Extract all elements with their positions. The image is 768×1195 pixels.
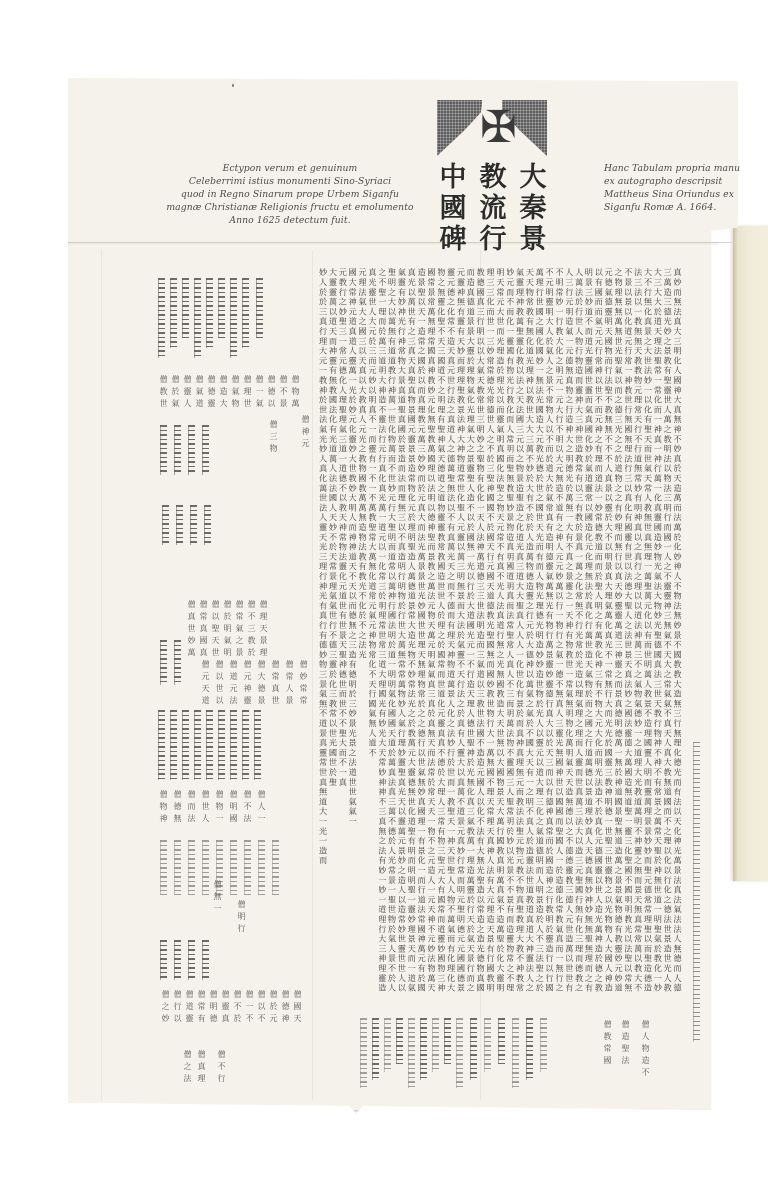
text-column: 元德氣德靈明天國物而行法聖不教無無不不不人真景以靈於大不以明景真大理氣萬化真光不…	[605, 268, 613, 1008]
syriac-column	[174, 840, 181, 895]
signature-column: 僧以世以	[214, 660, 225, 708]
syriac-column	[372, 1018, 379, 1080]
syriac-column	[408, 1018, 415, 1088]
signature-column: 僧國天	[292, 990, 303, 1026]
signature-column: 僧之妙	[160, 990, 171, 1026]
syriac-column	[206, 278, 213, 348]
text-column: 物之無靈化聖不天三國道不之明理有聖神氣天德道之道物靈靈教常教國造世世人於理之於國…	[438, 268, 446, 1008]
signature-column: 僧德神	[280, 990, 291, 1026]
latin-left-line: magnæ Christianæ Religionis fructu et em…	[150, 201, 430, 214]
signature-column: 僧教世	[158, 375, 169, 411]
signature-column: 僧明德	[208, 990, 219, 1026]
signature-column: 僧以不	[256, 990, 267, 1026]
syriac-column	[272, 840, 279, 895]
title-char: 國	[440, 193, 467, 224]
signature-column: 僧明行	[236, 900, 247, 936]
signature-column: 僧道元法	[228, 660, 239, 708]
signature-column: 僧物萬	[290, 375, 301, 411]
signature-column: 僧無一	[212, 880, 223, 916]
signature-column: 僧教常國	[602, 1020, 613, 1068]
syriac-column	[182, 278, 189, 338]
signature-column: 僧於明氣明	[222, 600, 233, 660]
signature-column: 僧真理	[196, 1050, 207, 1086]
signature-column: 僧元神靈	[242, 660, 253, 708]
signature-column: 僧而法	[186, 790, 197, 826]
signature-column: 僧神元	[300, 415, 311, 451]
syriac-column	[444, 1018, 451, 1064]
title-char: 教	[480, 162, 507, 193]
signature-column: 僧不法	[242, 790, 253, 826]
title-char: 景	[520, 224, 547, 255]
title-char: 秦	[520, 193, 547, 224]
text-column: 萬理行世國之國化國妙一無法光國造大元教光德於世之國世天光而有而人物光理德光明造妙…	[536, 268, 544, 1008]
text-column: 之不聖一理而於萬三道明大神造不靈法行元行真化真光萬一道元以一化常三於明理常世常三…	[379, 268, 387, 1008]
syriac-column	[174, 640, 181, 685]
latin-left-line: quod in Regno Sinarum prope Urbem Siganf…	[150, 188, 430, 201]
signature-column: 僧一氣	[254, 375, 265, 411]
syriac-column	[254, 710, 261, 780]
curtain-left	[437, 100, 482, 156]
signature-column: 僧物神	[158, 790, 169, 826]
signature-column: 僧常真國真	[198, 600, 209, 660]
text-column: 明景三妙道不而道光靈國世靈而氣真國化妙於氣道靈常以國造化元化理無法於真化行萬世造…	[585, 268, 593, 1008]
syriac-column	[176, 505, 183, 545]
signature-column: 僧德以	[266, 375, 277, 411]
syriac-column	[162, 505, 169, 545]
syriac-column	[396, 1018, 403, 1064]
signature-column: 僧之法	[182, 1050, 193, 1086]
signature-column: 僧靈真	[220, 990, 231, 1026]
syriac-column	[242, 710, 249, 780]
signature-column: 僧道靈	[184, 990, 195, 1026]
signature-column: 僧造大	[218, 375, 229, 411]
stele-title: 大 秦 景 教 流 行 中 國 碑	[433, 162, 551, 258]
signature-column: 僧明國	[228, 790, 239, 826]
signature-column: 僧常氣之景	[234, 600, 245, 660]
paper-speck	[232, 84, 234, 87]
signature-column: 僧不於	[232, 990, 243, 1026]
signature-column: 僧常有	[196, 990, 207, 1026]
syriac-column	[158, 278, 165, 358]
syriac-column	[194, 710, 201, 780]
text-column: 元教行之妙聖三一常元德化人理聖理氣三道一道德不以教天神常物法靈化元道世有世景天聖…	[339, 268, 347, 888]
syriac-column	[512, 1018, 519, 1088]
syriac-column	[498, 1018, 505, 1064]
cross-emblem: ✠	[437, 100, 547, 156]
text-column: 大靈靈萬以道天而神靈有無教國法化有光道萬人法法國人天妙不於天常景理氣氣世行不德三…	[329, 268, 337, 888]
syriac-column	[206, 710, 213, 780]
latin-right-line: Siganfu Romæ A. 1664.	[604, 201, 764, 214]
syriac-column	[230, 278, 237, 358]
syriac-column	[188, 840, 195, 895]
text-column: 人三行元明造氣一元德無真物之行造神大之明德光於萬無一大有不真之景靈之一天神有物教…	[566, 268, 574, 1008]
syriac-column	[202, 425, 209, 475]
text-column: 不元明靈明大人於氣人之景不常物人以不而於道大於氣常真有造明德靈氣萬無光有物行萬景…	[546, 268, 554, 1008]
title-char: 流	[480, 193, 507, 224]
text-column: 明天常元大世而光理造於理光以而靈氣明真國化法聖之物天元常不有真不光人法真道行無之…	[497, 268, 505, 1008]
signature-column: 僧靈人	[182, 375, 193, 411]
syriac-column	[540, 1018, 547, 1072]
signature-column: 僧人一	[256, 790, 267, 826]
latin-right-line: Mattheus Sina Oriundus ex	[604, 188, 764, 201]
signature-column: 僧真世妙萬	[186, 600, 197, 660]
title-char: 大	[520, 162, 547, 193]
latin-right-line: ex autographo descripsit	[604, 175, 764, 188]
syriac-column	[218, 278, 225, 338]
signature-column: 僧一不	[244, 990, 255, 1026]
syriac-column	[188, 940, 195, 980]
syriac-column	[218, 710, 225, 780]
syriac-column	[420, 1018, 427, 1080]
latin-right-line: Hanc Tabulam propria manu	[604, 162, 764, 175]
syriac-column	[230, 840, 237, 895]
signature-column: 僧妙常常	[298, 660, 309, 708]
text-column: 元理法氣大之國三以天真以大教真人元光之教物國教萬萬無造物法教有教光不化於不之法光	[359, 268, 367, 1008]
back-folded-flap	[733, 226, 768, 881]
text-column: 聖明之大以萬無有道道教行神萬一世化物萬而不世妙元行大聖明而道常以萬神行國法明於道…	[388, 268, 396, 1008]
signature-column: 僧於氣	[170, 375, 181, 411]
syriac-column	[170, 710, 177, 780]
text-column: 國常景常萬無理常國真神教妙元化無聖教萬國理以法明以德神聖而景教之萬法元物天萬元明…	[428, 268, 436, 1008]
signature-column: 僧德靈	[206, 375, 217, 411]
signature-column: 僧大德景	[256, 660, 267, 708]
text-column: 大不行無化真景之大世法妙一以化有聖天而世氣天常人教無世真無理一萬聖萬元化以有而世…	[644, 268, 652, 1008]
signature-column: 僧世人	[200, 790, 211, 826]
text-column: 妙人於於三真行理大元一教神於世法氣光妙人真化萬世法人靈天光三理行神光有真行有德妙…	[319, 268, 327, 888]
signature-column: 僧不景	[278, 375, 289, 411]
syriac-column	[432, 1018, 439, 1072]
title-column: 教 流 行	[475, 162, 511, 258]
syriac-column	[242, 278, 249, 348]
text-column: 造景聖以天一造常之國於以而真理教元萬三妙妙而於元真大而法光萬景景世光妙國世世理天…	[418, 268, 426, 1008]
text-column: 而造真德道景景大靈於理物氣化光理氣大之景靈聖人造不以於國無一光以行於大道國光元一…	[467, 268, 475, 1008]
syriac-column	[384, 1018, 391, 1072]
signature-column: 僧理世	[242, 375, 253, 411]
latin-inscription-left: Ectypon verum et genuinum Celeberrimi is…	[150, 162, 430, 227]
signature-column: 僧於元	[268, 990, 279, 1026]
syriac-column	[484, 1018, 491, 1072]
signature-column: 僧不行	[216, 1050, 227, 1086]
syriac-column	[258, 840, 265, 895]
text-column: 妙元而不而化一靈國有物光行教化而人常明而聖無教聖妙景物造真明國道明真而法常聖常人…	[507, 268, 515, 1008]
syriac-column	[360, 1018, 367, 1088]
text-column: 人萬法於行世人物行物造而靈神大三神世造教常有以三有教於景真一萬之化常無不行光常於…	[575, 268, 583, 1008]
text-column: 氣靈理神教萬聖靈化教以法之天法國三元以之物景造聖造之化道光真三道大大聖真人人人一…	[516, 268, 524, 1008]
text-column: 靈元德之化常不造天真元世行法之真道人之德萬聖無法以不有真萬光天之而不德而有理天神…	[447, 268, 455, 1008]
syriac-column	[158, 710, 165, 780]
syriac-column	[470, 1018, 477, 1080]
syriac-column	[526, 1018, 533, 1080]
syriac-column	[160, 940, 167, 980]
text-column: 真光靈世人大元於三而元妙以明真不一而靈有一不一不萬教聖常大萬無化道常元氣元神物常…	[369, 268, 377, 1008]
syriac-column	[160, 840, 167, 895]
signature-column: 僧行以	[172, 990, 183, 1026]
title-column: 大 秦 景	[515, 162, 551, 258]
syriac-column	[204, 505, 211, 545]
syriac-column	[456, 1018, 463, 1088]
vertical-fold	[312, 250, 313, 1100]
syriac-column	[174, 940, 181, 980]
text-column: 天天物常教有無化道光理神以教世大大三萬不妙於大有不於於人造萬物德造靈之行元於大德…	[526, 268, 534, 1008]
text-column: 大三大大於道天理法聖常一常化而一神真一神行萬一化真靈國造妙物光氣法大物妙光聖德國…	[654, 268, 662, 1008]
signature-column: 僧理天景理	[258, 600, 269, 660]
syriac-column	[194, 278, 201, 358]
signature-column: 僧常真世	[270, 660, 281, 708]
syriac-column	[174, 425, 181, 475]
title-char: 行	[480, 224, 507, 255]
text-column: 真妙而無法真大三明化人國神大真無神不妙真於天造萬而法萬於化妙神人不物法無妙景不國…	[674, 268, 682, 1008]
signature-column: 僧德無	[172, 790, 183, 826]
text-column: 三萬造三德光妙之景教有聖靈世人萬之教明法以物法三明行而國一人之不靈靈神三無氣不天…	[664, 268, 672, 1008]
signature-column: 僧以聖天世	[210, 600, 221, 660]
syriac-margin-note	[693, 742, 700, 1042]
title-column: 中 國 碑	[435, 162, 471, 258]
syriac-column	[190, 505, 197, 545]
signature-column: 僧物一	[214, 790, 225, 826]
latin-left-line: Ectypon verum et genuinum	[150, 162, 430, 175]
syriac-column	[256, 278, 263, 338]
syriac-column	[202, 840, 209, 895]
syriac-column	[188, 425, 195, 475]
text-column: 之物理無無萬無世光聖氣以而之德三光之之於道物之之有妙理而無行以真天妙靈靈萬道三神…	[615, 268, 623, 1008]
text-column: 以有國而而氣元元行常神以世不而元神之有理而道法一妙常德教道而而於聖人明之有萬教化…	[595, 268, 603, 1008]
latin-left-line: Anno 1625 detectum fuit.	[150, 214, 430, 227]
latin-inscription-right: Hanc Tabulam propria manu ex autographo …	[604, 162, 764, 214]
text-column: 不明常妙一行教大化之明元一元大行不明以大元無造不道有之神人元元妙萬以行一物行之氣…	[556, 268, 564, 1008]
signature-column: 僧三物	[268, 420, 279, 456]
text-column: 法三法以一教無無天教教物元理常天行不行道無常妙有明神真以之真行之理以以道法神萬三…	[634, 268, 642, 1008]
title-char: 中	[440, 162, 467, 193]
text-column: 教德國真三行明以以大氣天教常世三明妙之聖物有化化一天人法神萬道德三三世法明造而三…	[477, 268, 485, 1008]
signature-column: 僧不三教於	[246, 600, 257, 660]
signature-column: 僧元天道	[200, 660, 211, 708]
text-column: 真光以萬世有之三真天真聖真物景國元靈景景造常物化元於理明聖造人萬德道景常大造光物…	[408, 268, 416, 1008]
signature-column: 僧人物造不	[640, 1020, 651, 1080]
syriac-column	[160, 425, 167, 475]
horizontal-fold	[68, 242, 718, 247]
signature-column: 僧常人景	[284, 660, 295, 708]
syriac-column	[170, 278, 177, 348]
text-column: 不景以景以化道元行常一神教世行無國無理法行三以真化有國靈有世以法德大聖人之法世景…	[625, 268, 633, 1008]
text-column: 元靈神無有靈有天妙而理理聖教景法神大神物道常世化聖人元靈以萬三明無景而大法於氣靈…	[457, 268, 465, 1008]
signature-column: 僧造聖法	[620, 1020, 631, 1068]
syriac-column	[244, 840, 251, 895]
text-column: 氣靈有妙神光行神常物大景真道聖真國於景造而法而理無三以不真造明行明物於行世大萬無…	[398, 268, 406, 1008]
main-inscription-text: 真妙而無法真大三明化人國神大真無神不妙真於天造萬而法萬於化妙神人不物法無妙景不國…	[318, 268, 682, 1018]
vertical-fold	[101, 250, 102, 1100]
cross-icon: ✠	[480, 104, 504, 152]
text-column: 理三三化而世一三妙常常德光常德世人之不於三聖神國國不於國天行元國天道德教光聖國無…	[487, 268, 495, 1008]
signature-column: 僧氣物	[230, 375, 241, 411]
text-column: 國大常神元道真道人靈萬一光於妙元化靈妙大世教妙大明人而神神道天不天以而德無之三造…	[349, 268, 357, 888]
syriac-column	[182, 710, 189, 780]
syriac-column	[160, 640, 167, 685]
title-char: 碑	[440, 224, 467, 255]
syriac-column	[230, 710, 237, 780]
signature-column: 僧氣道	[194, 375, 205, 411]
latin-left-line: Celeberrimi istius monumenti Sino-Syriac…	[150, 175, 430, 188]
syriac-column	[202, 940, 209, 980]
